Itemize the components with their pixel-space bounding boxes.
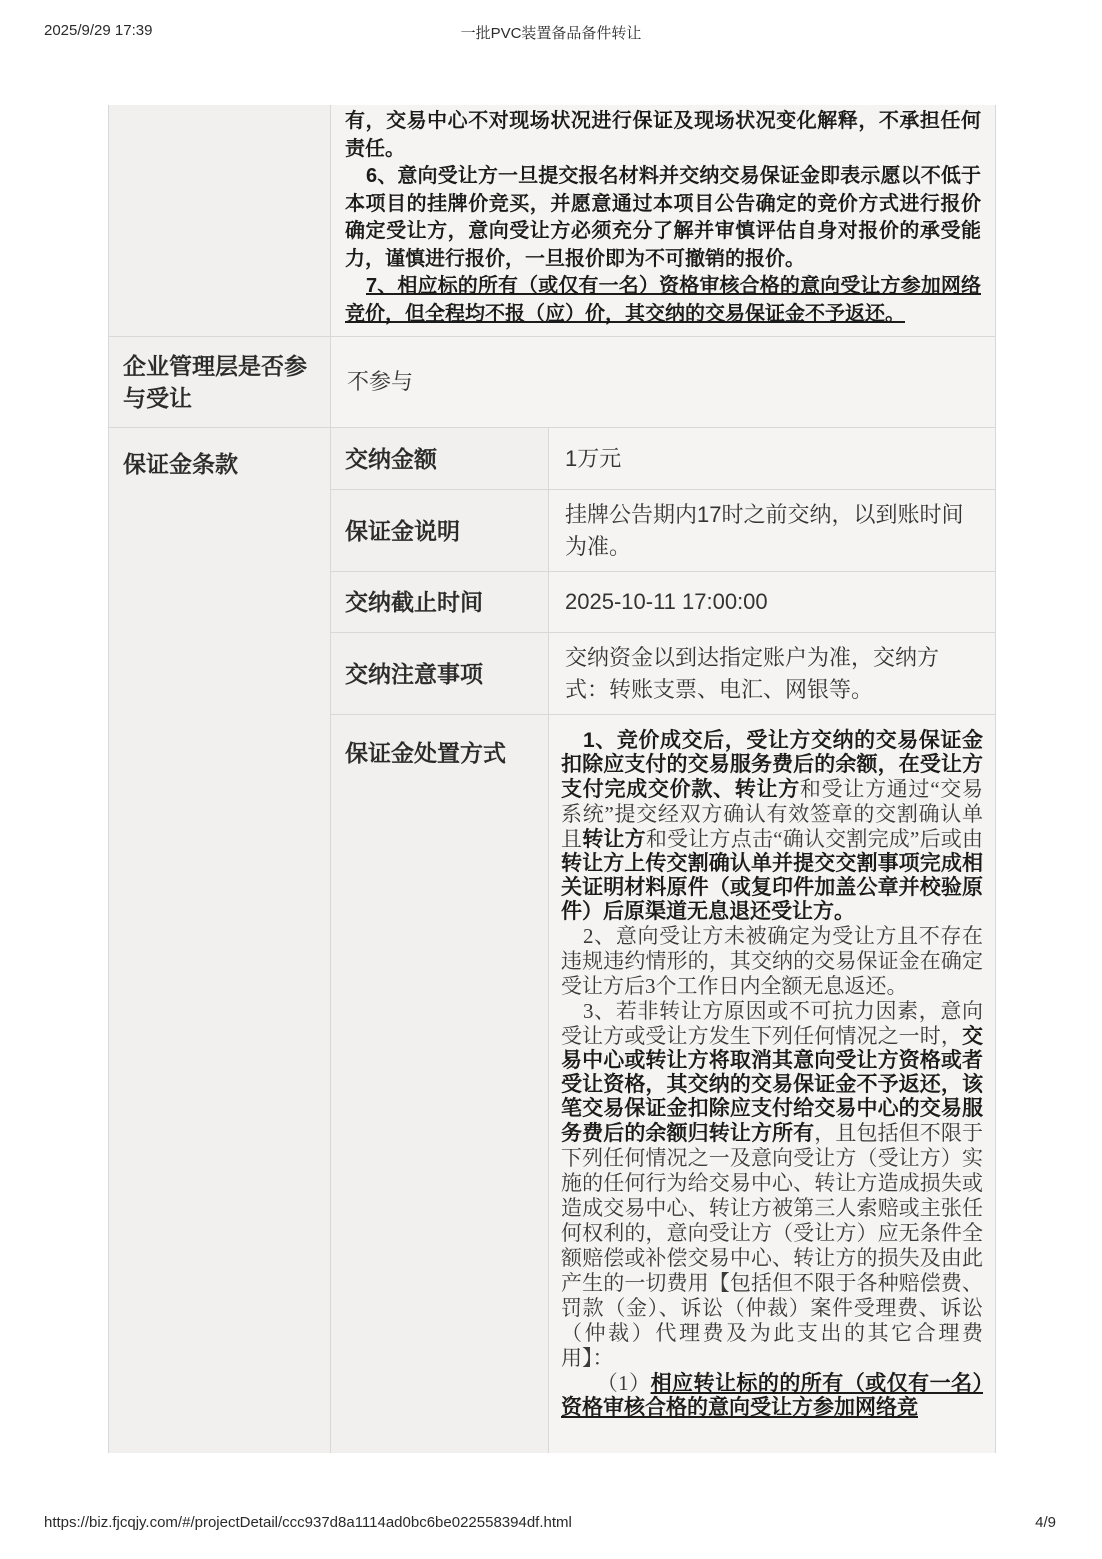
table-row-deposit-amount: 保证金条款 交纳金额 1万元 bbox=[109, 428, 996, 490]
cell-continued-terms-text: 有，交易中心不对现场状况进行保证及现场状况变化解释，不承担任何责任。6、意向受让… bbox=[331, 105, 996, 337]
cell-label-deposit-deadline: 交纳截止时间 bbox=[331, 572, 549, 633]
page-number: 4/9 bbox=[1035, 1514, 1056, 1531]
cell-label-deposit-note: 保证金说明 bbox=[331, 490, 549, 572]
print-footer: https://biz.fjcqjy.com/#/projectDetail/c… bbox=[0, 1514, 1102, 1534]
cell-value-deposit-deadline: 2025-10-11 17:00:00 bbox=[549, 572, 996, 633]
page-title: 一批PVC装置备品备件转让 bbox=[0, 22, 1102, 43]
cell-value-deposit-payment-notes: 交纳资金以到达指定账户为准，交纳方式：转账支票、电汇、网银等。 bbox=[549, 633, 996, 715]
cell-label-deposit-payment-notes: 交纳注意事项 bbox=[331, 633, 549, 715]
cell-label-deposit-amount: 交纳金额 bbox=[331, 428, 549, 490]
cell-label-deposit-disposal: 保证金处置方式 bbox=[331, 715, 549, 1454]
cell-value-deposit-disposal: 1、竞价成交后，受让方交纳的交易保证金扣除应支付的交易服务费后的余额，在受让方支… bbox=[549, 715, 996, 1454]
table-row-continued: 有，交易中心不对现场状况进行保证及现场状况变化解释，不承担任何责任。6、意向受让… bbox=[109, 105, 996, 337]
cell-value-deposit-note: 挂牌公告期内17时之前交纳，以到账时间为准。 bbox=[549, 490, 996, 572]
source-url: https://biz.fjcqjy.com/#/projectDetail/c… bbox=[44, 1514, 572, 1531]
cell-continued-label-empty bbox=[109, 105, 331, 337]
table-row-management: 企业管理层是否参与受让 不参与 bbox=[109, 337, 996, 428]
cell-value-deposit-amount: 1万元 bbox=[549, 428, 996, 490]
detail-table-region: 有，交易中心不对现场状况进行保证及现场状况变化解释，不承担任何责任。6、意向受让… bbox=[108, 105, 997, 1453]
cell-label-deposit-section: 保证金条款 bbox=[109, 428, 331, 1454]
cell-value-management: 不参与 bbox=[331, 337, 996, 428]
print-preview-page: { "header": { "datetime": "2025/9/29 17:… bbox=[0, 0, 1102, 1559]
project-detail-table: 有，交易中心不对现场状况进行保证及现场状况变化解释，不承担任何责任。6、意向受让… bbox=[108, 105, 996, 1453]
print-header: 2025/9/29 17:39 一批PVC装置备品备件转让 bbox=[0, 22, 1102, 42]
cell-label-management: 企业管理层是否参与受让 bbox=[109, 337, 331, 428]
